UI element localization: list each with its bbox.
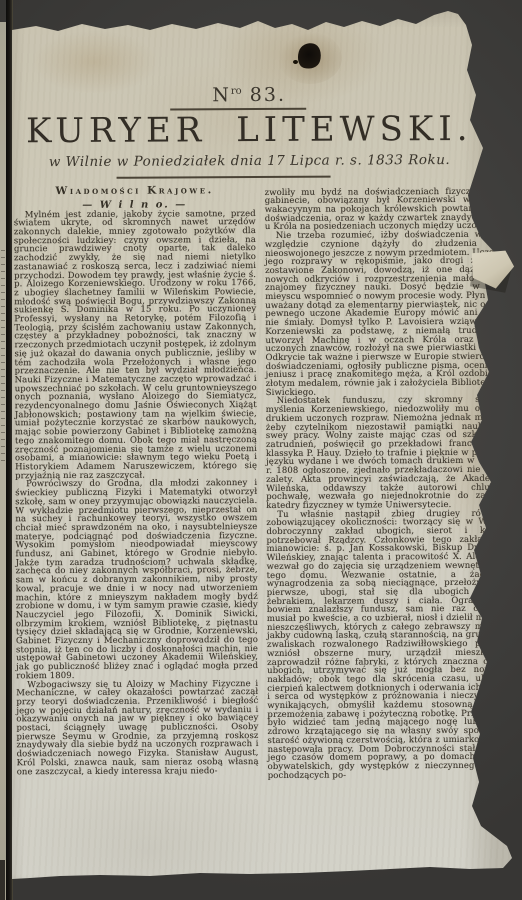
masthead-rule-bottom — [117, 176, 331, 179]
article-paragraph: Tu właśnie nastąpił zbieg drugiey równie… — [266, 509, 507, 780]
masthead: Nro 83. KURYER LITEWSKI. w Wilnie w Poni… — [10, 83, 488, 179]
section-heading: Wiadomości Krajowe. — [14, 184, 256, 197]
adjacent-page-text-fragments — [1, 250, 5, 465]
dateline: w Wilnie w Poniedziałek dnia 17 Lipca r.… — [10, 152, 488, 171]
article-columns: Wiadomości Krajowe. — W i l n o. — Mylné… — [11, 182, 492, 781]
page-content: Nro 83. KURYER LITEWSKI. w Wilnie w Poni… — [0, 0, 522, 900]
article-paragraph: Powróciwszy do Grodna, dla młodzi zakonn… — [15, 479, 258, 680]
ink-blot-speck — [293, 60, 298, 64]
binding-gutter — [6, 0, 13, 900]
article-paragraph: Niedostatek funduszu, czy skromny sposob… — [266, 396, 507, 510]
article-paragraph: zwoliły mu bydź na doświadczeniach fizyc… — [265, 187, 505, 232]
newspaper-page: Nro 83. KURYER LITEWSKI. w Wilnie w Poni… — [0, 0, 522, 900]
issue-value: 83. — [250, 84, 286, 106]
issue-number: Nro 83. — [10, 83, 488, 108]
issue-superscript: ro — [231, 86, 242, 97]
article-paragraph: Mylném jest zdanie, jakoby życie samotne… — [14, 210, 257, 481]
scanned-newspaper-canvas: Nro 83. KURYER LITEWSKI. w Wilnie w Poni… — [0, 0, 522, 900]
adjacent-page-dark-mark — [0, 860, 5, 900]
left-column: Wiadomości Krajowe. — W i l n o. — Mylné… — [14, 184, 259, 777]
issue-prefix: N — [212, 84, 231, 106]
masthead-title: KURYER LITEWSKI. — [10, 111, 488, 150]
right-column: zwoliły mu bydź na doświadczeniach fizyc… — [265, 182, 508, 780]
article-paragraph: Wzbogaciwszy się tu Aloizy w Machiny Fiz… — [16, 680, 258, 777]
article-paragraph: Nie trzeba rozumieć, iżby doświadczenia … — [265, 231, 506, 398]
